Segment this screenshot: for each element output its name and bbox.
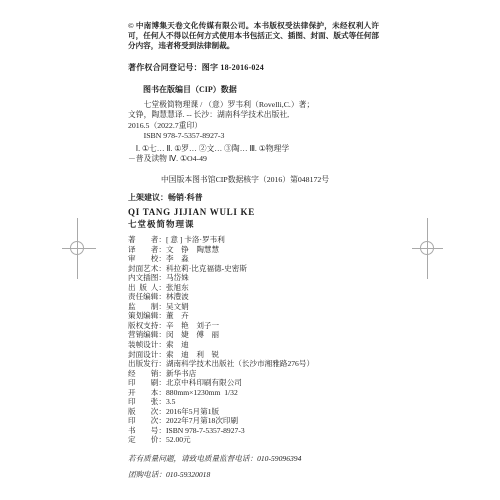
credit-row: 著 者：[ 意 ] 卡洛·罗韦利 [128, 235, 388, 245]
credit-row: 审 校：李 淼 [128, 254, 388, 264]
cip-line-3: 2016.5（2022.7重印） [128, 121, 382, 131]
credit-label: 营销编辑： [128, 330, 166, 340]
credit-row: 监 制：吴文娟 [128, 302, 388, 312]
quality-hotline-line: 若有质量问题，请致电质量监督电话：010-59096394 [128, 451, 301, 467]
credit-value: 索 迪 利 锐 [166, 350, 219, 360]
credit-value: ISBN 978-7-5357-8927-3 [166, 426, 245, 436]
credit-value: 湖南科学技术出版社（长沙市湘雅路276号） [166, 359, 314, 369]
credit-label: 开 本： [128, 388, 166, 398]
credit-row: 版 次：2016年5月第1版 [128, 407, 388, 417]
cip-isbn-line: ISBN 978-7-5357-8927-3 [128, 131, 382, 141]
credit-label: 监 制： [128, 302, 166, 312]
credit-value: 52.00元 [166, 435, 191, 445]
credit-row: 印 刷：北京中科印刷有限公司 [128, 378, 388, 388]
credit-label: 译 者： [128, 245, 166, 255]
credit-row: 出 版 人：张旭东 [128, 283, 388, 293]
credit-row: 装帧设计：索 迪 [128, 340, 388, 350]
credit-value: [ 意 ] 卡洛·罗韦利 [166, 235, 225, 245]
credit-row: 书 号：ISBN 978-7-5357-8927-3 [128, 426, 388, 436]
credit-row: 开 本：880mm×1230mm 1/32 [128, 388, 388, 398]
credit-label: 印 张： [128, 397, 166, 407]
credit-label: 责任编辑： [128, 292, 166, 302]
copyright-notice: © 中南博集天卷文化传媒有限公司。本书版权受法律保护，未经权利人许可，任何人不得… [128, 21, 379, 51]
credit-row: 策划编辑：董 卉 [128, 311, 388, 321]
credit-label: 印 次： [128, 416, 166, 426]
credit-row: 内文插图：马岱姝 [128, 273, 388, 283]
credit-row: 出版发行：湖南科学技术出版社（长沙市湘雅路276号） [128, 359, 388, 369]
credit-row: 印 次：2022年7月第18次印刷 [128, 416, 388, 426]
credit-value: 科拉莉·比克福德-史密斯 [166, 264, 247, 274]
crop-mark-left-circle [70, 241, 84, 255]
credit-label: 策划编辑： [128, 311, 166, 321]
crop-mark-right-circle [420, 241, 434, 255]
credit-value: 北京中科印刷有限公司 [166, 378, 242, 388]
credit-label: 著 者： [128, 235, 166, 245]
shelf-advice: 上架建议：畅销·科普 [128, 192, 203, 203]
credit-value: 文 铮 陶慧慧 [166, 245, 219, 255]
cip-classification: Ⅰ. ①七… Ⅱ. ①罗… ②文… ③陶… Ⅲ. ①物理学 －普及读物 Ⅳ. ①… [128, 144, 382, 165]
credit-value: 2022年7月第18次印刷 [166, 416, 238, 426]
credit-label: 印 刷： [128, 378, 166, 388]
credit-value: 张旭东 [166, 283, 189, 293]
credit-row: 封面艺术：科拉莉·比克福德-史密斯 [128, 264, 388, 274]
credit-value: 880mm×1230mm 1/32 [166, 388, 238, 398]
cip-description: 七堂极简物理课 / （意）罗韦利（Rovelli,C.）著； 文铮，陶慧慧译. … [128, 100, 382, 141]
credit-value: 林澧波 [166, 292, 189, 302]
credit-label: 出版发行： [128, 359, 166, 369]
credit-row: 定 价：52.00元 [128, 435, 388, 445]
group-purchase-line: 团购电话：010-59320018 [128, 467, 301, 483]
book-title-pinyin: QI TANG JIJIAN WULI KE [128, 207, 255, 217]
credit-value: 3.5 [166, 397, 176, 407]
credit-label: 审 校： [128, 254, 166, 264]
book-title-chinese: 七堂极简物理课 [128, 218, 195, 230]
credit-label: 封面设计： [128, 350, 166, 360]
credit-label: 经 销： [128, 369, 166, 379]
cip-header: 图书在版编目（CIP）数据 [143, 84, 237, 95]
credit-label: 封面艺术： [128, 264, 166, 274]
footer-notes: 若有质量问题，请致电质量监督电话：010-59096394 团购电话：010-5… [128, 451, 301, 482]
credit-value: 董 卉 [166, 311, 189, 321]
credit-value: 马岱姝 [166, 273, 189, 283]
credit-row: 印 张：3.5 [128, 397, 388, 407]
credit-value: 新华书店 [166, 369, 196, 379]
credit-label: 内文插图： [128, 273, 166, 283]
credit-value: 闵 婕 傅 丽 [166, 330, 219, 340]
credit-row: 责任编辑：林澧波 [128, 292, 388, 302]
cip-line-1: 七堂极简物理课 / （意）罗韦利（Rovelli,C.）著； [128, 100, 382, 110]
cip-class-line-2: －普及读物 Ⅳ. ①O4-49 [128, 154, 382, 164]
credit-value: 吴文娟 [166, 302, 189, 312]
credit-row: 封面设计：索 迪 利 锐 [128, 350, 388, 360]
copyright-page: © 中南博集天卷文化传媒有限公司。本书版权受法律保护，未经权利人许可，任何人不得… [0, 0, 500, 500]
credit-row: 经 销：新华书店 [128, 369, 388, 379]
credit-value: 索 迪 [166, 340, 189, 350]
credit-value: 2016年5月第1版 [166, 407, 219, 417]
credit-row: 译 者：文 铮 陶慧慧 [128, 245, 388, 255]
cip-record-number: 中国版本图书馆CIP数据核字（2016）第048172号 [161, 174, 329, 185]
cip-line-2: 文铮，陶慧慧译. -- 长沙：湖南科学技术出版社, [128, 110, 382, 120]
credit-value: 李 淼 [166, 254, 189, 264]
credit-label: 定 价： [128, 435, 166, 445]
credit-label: 版 次： [128, 407, 166, 417]
copyright-registration-number: 著作权合同登记号：图字 18-2016-024 [128, 62, 264, 73]
cip-class-line-1: Ⅰ. ①七… Ⅱ. ①罗… ②文… ③陶… Ⅲ. ①物理学 [128, 144, 382, 154]
credit-label: 装帧设计： [128, 340, 166, 350]
credit-row: 营销编辑：闵 婕 傅 丽 [128, 330, 388, 340]
credit-label: 出 版 人： [128, 283, 166, 293]
credits-list: 著 者：[ 意 ] 卡洛·罗韦利译 者：文 铮 陶慧慧审 校：李 淼封面艺术：科… [128, 235, 388, 445]
